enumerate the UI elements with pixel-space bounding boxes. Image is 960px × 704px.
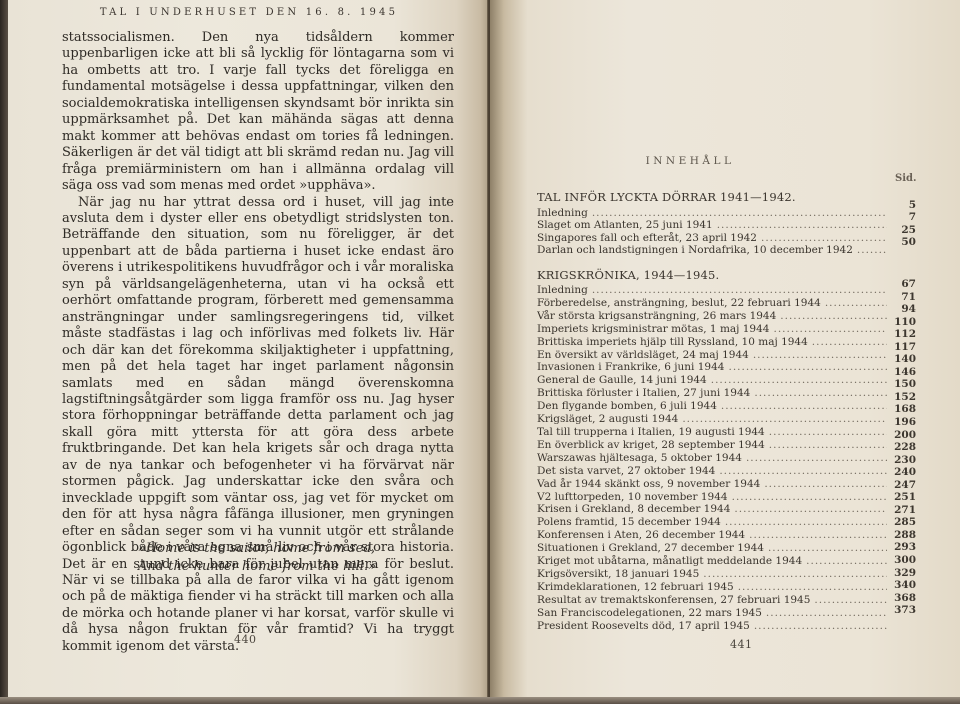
toc-entry[interactable]: Brittiska förluster i Italien, 27 juni 1… <box>537 387 887 400</box>
paragraph: När jag nu har yttrat dessa ord i huset,… <box>62 195 454 656</box>
toc-page-ref: 71 <box>886 291 916 304</box>
book-spread: TAL I UNDERHUSET DEN 16. 8. 1945 statsso… <box>0 0 960 704</box>
toc-page-ref: 117 <box>886 341 916 354</box>
paragraph: statssocialismen. Den nya tidsåldern kom… <box>62 30 454 195</box>
toc-page-ref: 251 <box>886 491 916 504</box>
toc-entry[interactable]: Krigsläget, 2 augusti 1944 <box>537 413 887 426</box>
toc-page-ref: 196 <box>886 416 916 429</box>
toc-page-ref: 340 <box>886 579 916 592</box>
toc-page-ref: 67 <box>886 278 916 291</box>
toc-page-ref: 94 <box>886 303 916 316</box>
book-edge-bottom <box>0 697 960 704</box>
toc-page-ref: 300 <box>886 554 916 567</box>
toc-page-ref: 150 <box>886 378 916 391</box>
toc-page-ref: 5 <box>886 199 916 211</box>
verse-line: »Home is the sailor, home from sea, <box>138 540 376 558</box>
toc-page-ref: 7 <box>886 211 916 223</box>
toc-entry[interactable]: En översikt av världsläget, 24 maj 1944 <box>537 349 887 362</box>
toc-entry[interactable]: Kriget mot ubåtarna, månatligt meddeland… <box>537 555 887 568</box>
toc-page-ref: 285 <box>886 516 916 529</box>
toc-page-ref: 230 <box>886 454 916 467</box>
toc-entry[interactable]: Vad år 1944 skänkt oss, 9 november 1944 <box>537 478 887 491</box>
verse-line: And the hunter home from the hill.» <box>138 558 376 576</box>
toc-section-title: KRIGSKRÖNIKA, 1944—1945. <box>537 268 719 282</box>
toc-entry[interactable]: Resultat av tremaktskonferensen, 27 febr… <box>537 594 887 607</box>
toc-entry[interactable]: V2 lufttorpeden, 10 november 1944 <box>537 491 887 504</box>
toc-entry[interactable]: Brittiska imperiets hjälp till Ryssland,… <box>537 336 887 349</box>
left-page: TAL I UNDERHUSET DEN 16. 8. 1945 statsso… <box>8 0 490 697</box>
verse-quote: »Home is the sailor, home from sea, And … <box>138 540 376 576</box>
toc-page-ref: 373 <box>886 604 916 617</box>
toc-entry[interactable]: Konferensen i Aten, 26 december 1944 <box>537 529 887 542</box>
toc-page-ref: 50 <box>886 236 916 248</box>
toc-page-ref: 200 <box>886 429 916 442</box>
toc-entry[interactable]: Inledning <box>537 207 887 219</box>
toc-entry[interactable]: President Roosevelts död, 17 april 1945 <box>537 620 887 633</box>
toc-page-ref: 146 <box>886 366 916 379</box>
toc-entry[interactable]: Darlan och landstigningen i Nordafrika, … <box>537 244 887 256</box>
page-number-left: 440 <box>234 633 257 646</box>
toc-entry[interactable]: Den flygande bomben, 6 juli 1944 <box>537 400 887 413</box>
toc-entry[interactable]: Vår största krigsansträngning, 26 mars 1… <box>537 310 887 323</box>
toc-page-ref: 293 <box>886 541 916 554</box>
toc-page-ref: 152 <box>886 391 916 404</box>
toc-entry[interactable]: Inledning <box>537 284 887 297</box>
toc-page-ref: 140 <box>886 353 916 366</box>
toc-entry[interactable]: Warszawas hjältesaga, 5 oktober 1944 <box>537 452 887 465</box>
page-column-label: Sid. <box>895 173 917 184</box>
running-head: TAL I UNDERHUSET DEN 16. 8. 1945 <box>8 7 490 18</box>
toc-section-title: TAL INFÖR LYCKTA DÖRRAR 1941—1942. <box>537 190 796 204</box>
toc-entry[interactable]: Tal till trupperna i Italien, 19 augusti… <box>537 426 887 439</box>
toc-page-ref: 271 <box>886 504 916 517</box>
toc-entry[interactable]: Polens framtid, 15 december 1944 <box>537 516 887 529</box>
book-edge-left <box>0 0 8 704</box>
page-number-right: 441 <box>730 638 753 651</box>
toc-entry[interactable]: En överblick av kriget, 28 september 194… <box>537 439 887 452</box>
toc-entry[interactable]: Singapores fall och efteråt, 23 april 19… <box>537 232 887 244</box>
toc-page-ref: 240 <box>886 466 916 479</box>
toc-entry[interactable]: General de Gaulle, 14 juni 1944 <box>537 374 887 387</box>
toc-page-ref: 25 <box>886 224 916 236</box>
toc-page-ref: 168 <box>886 403 916 416</box>
toc-entry[interactable]: Förberedelse, ansträngning, beslut, 22 f… <box>537 297 887 310</box>
toc-entry[interactable]: San Franciscodelegationen, 22 mars 1945 <box>537 607 887 620</box>
toc-entry[interactable]: Situationen i Grekland, 27 december 1944 <box>537 542 887 555</box>
toc-entry[interactable]: Krisen i Grekland, 8 december 1944 <box>537 503 887 516</box>
toc-section-2-pages: 67 71 94 110 112 117 140 146 150 152 168… <box>886 278 916 617</box>
toc-page-ref: 110 <box>886 316 916 329</box>
toc-page-ref: 112 <box>886 328 916 341</box>
toc-entry[interactable]: Invasionen i Frankrike, 6 juni 1944 <box>537 361 887 374</box>
toc-page-ref: 228 <box>886 441 916 454</box>
toc-section-2-entries: Inledning Förberedelse, ansträngning, be… <box>537 284 887 632</box>
toc-page-ref: 288 <box>886 529 916 542</box>
toc-entry[interactable]: Imperiets krigsministrar mötas, 1 maj 19… <box>537 323 887 336</box>
toc-title: INNEHÅLL <box>490 155 890 167</box>
toc-entry[interactable]: Krimdeklarationen, 12 februari 1945 <box>537 581 887 594</box>
toc-page-ref: 247 <box>886 479 916 492</box>
toc-section-1-entries: Inledning Slaget om Atlanten, 25 juni 19… <box>537 207 887 256</box>
toc-entry[interactable]: Det sista varvet, 27 oktober 1944 <box>537 465 887 478</box>
toc-page-ref: 329 <box>886 567 916 580</box>
toc-page-ref: 368 <box>886 592 916 605</box>
right-page: INNEHÅLL Sid. TAL INFÖR LYCKTA DÖRRAR 19… <box>490 0 960 697</box>
toc-entry[interactable]: Slaget om Atlanten, 25 juni 1941 <box>537 219 887 231</box>
toc-section-1-pages: 5 7 25 50 <box>886 199 916 248</box>
toc-entry[interactable]: Krigsöversikt, 18 januari 1945 <box>537 568 887 581</box>
